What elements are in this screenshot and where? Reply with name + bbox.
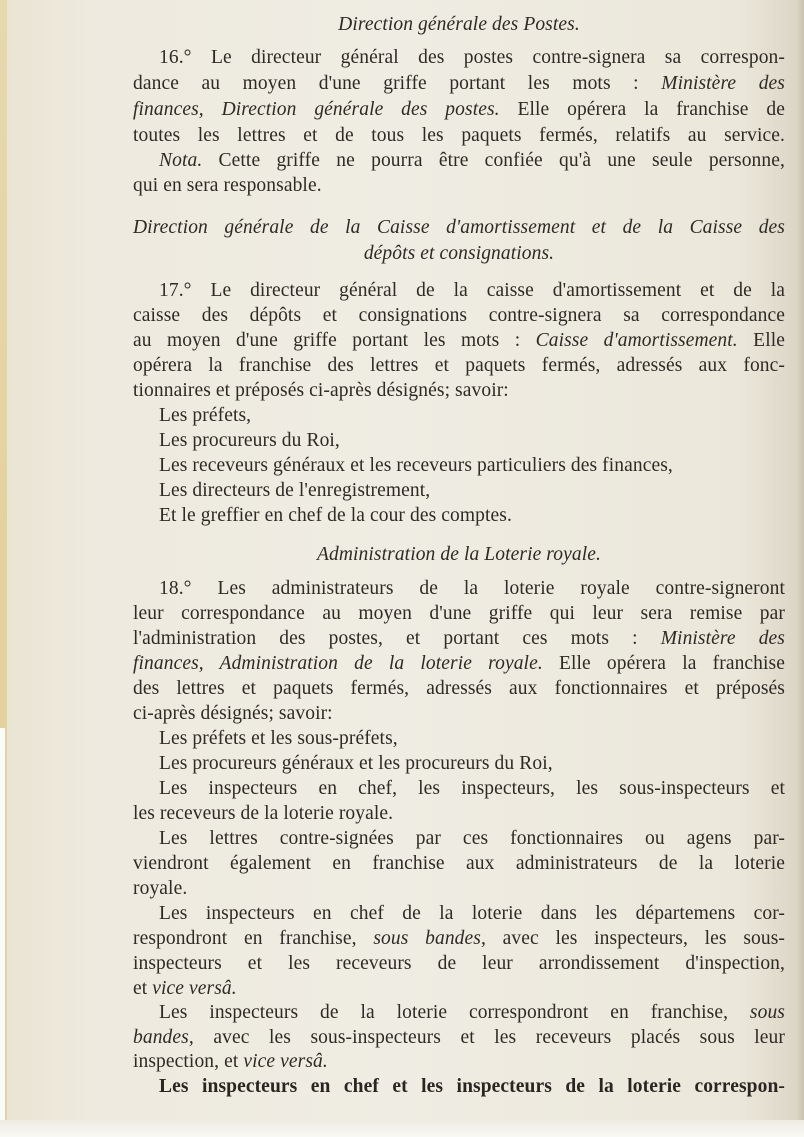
paragraph-line: Les inspecteurs en chef de la loterie da… — [133, 902, 785, 926]
article-18-line-1: 18.° Les administrateurs de la loterie r… — [133, 577, 785, 601]
recipient-list-item: Les directeurs de l'enregistrement, — [133, 479, 785, 503]
article-16-line-4: toutes les lettres et de tous les paquet… — [133, 124, 785, 148]
paragraph-line: Les inspecteurs de la loterie correspond… — [133, 1001, 785, 1025]
recipient-list-item: Les inspecteurs en chef, les inspecteurs… — [133, 777, 785, 801]
article-17-line-3: au moyen d'une griffe portant les mots :… — [133, 329, 785, 353]
page-margin-strip — [0, 728, 5, 1128]
recipient-list-item: Les receveurs généraux et les receveurs … — [133, 454, 785, 478]
section-heading-caisse-line-2: dépôts et consignations. — [133, 242, 785, 266]
recipient-list-item: Les procureurs généraux et les procureur… — [133, 752, 785, 776]
paragraph-line: viendront également en franchise aux adm… — [133, 852, 785, 876]
paragraph-line: et vice versâ. — [133, 977, 785, 1001]
paragraph-line: bandes, avec les sous-inspecteurs et les… — [133, 1026, 785, 1050]
section-heading-caisse-line-1: Direction générale de la Caisse d'amorti… — [133, 216, 785, 240]
article-number: 16.° — [159, 47, 192, 68]
nota-line-1: Nota. Cette griffe ne pourra être confié… — [133, 149, 785, 173]
article-16-line-2: dance au moyen d'une griffe portant les … — [133, 72, 785, 96]
paragraph-line-last: Les inspecteurs en chef et les inspecteu… — [133, 1075, 785, 1099]
recipient-list-item: Et le greffier en chef de la cour des co… — [133, 504, 785, 528]
recipient-list-item: Les préfets, — [133, 404, 785, 428]
article-17-line-1: 17.° Le directeur général de la caisse d… — [133, 279, 785, 303]
article-17-line-5: tionnaires et préposés ci-après désignés… — [133, 379, 785, 403]
article-18-line-5: des lettres et paquets fermés, adressés … — [133, 677, 785, 701]
recipient-list-item: Les procureurs du Roi, — [133, 429, 785, 453]
article-18-line-6: ci-après désignés; savoir: — [133, 702, 785, 726]
paragraph-line: royale. — [133, 877, 785, 901]
article-number: 18.° — [159, 578, 192, 599]
paragraph-line: Les lettres contre-signées par ces fonct… — [133, 827, 785, 851]
article-18-line-3: l'administration des postes, et portant … — [133, 627, 785, 651]
nota-line-2: qui en sera responsable. — [133, 174, 785, 198]
article-17-line-4: opérera la franchise des lettres et paqu… — [133, 354, 785, 378]
recipient-list-item: Les préfets et les sous-préfets, — [133, 727, 785, 751]
article-17-line-2: caisse des dépôts et consignations contr… — [133, 304, 785, 328]
section-heading-postes: Direction générale des Postes. — [133, 13, 785, 37]
paragraph-line: inspecteurs et les receveurs de leur arr… — [133, 952, 785, 976]
article-16-line-1: 16.° Le directeur général des postes con… — [133, 46, 785, 70]
page-bottom-margin — [0, 1120, 804, 1137]
scanned-page: Direction générale des Postes. 16.° Le d… — [0, 0, 804, 1137]
recipient-list-item-cont: les receveurs de la loterie royale. — [133, 802, 785, 826]
paragraph-line: respondront en franchise, sous bandes, a… — [133, 927, 785, 951]
nota-label: Nota. — [159, 150, 202, 171]
page-right-edge — [796, 0, 804, 1137]
article-18-line-2: leur correspondance au moyen d'une griff… — [133, 602, 785, 626]
article-16-line-3: finances, Direction générale des postes.… — [133, 98, 785, 122]
article-number: 17.° — [159, 280, 192, 301]
paragraph-line: inspection, et vice versâ. — [133, 1050, 785, 1074]
section-heading-loterie: Administration de la Loterie royale. — [133, 543, 785, 567]
article-18-line-4: finances, Administration de la loterie r… — [133, 652, 785, 676]
